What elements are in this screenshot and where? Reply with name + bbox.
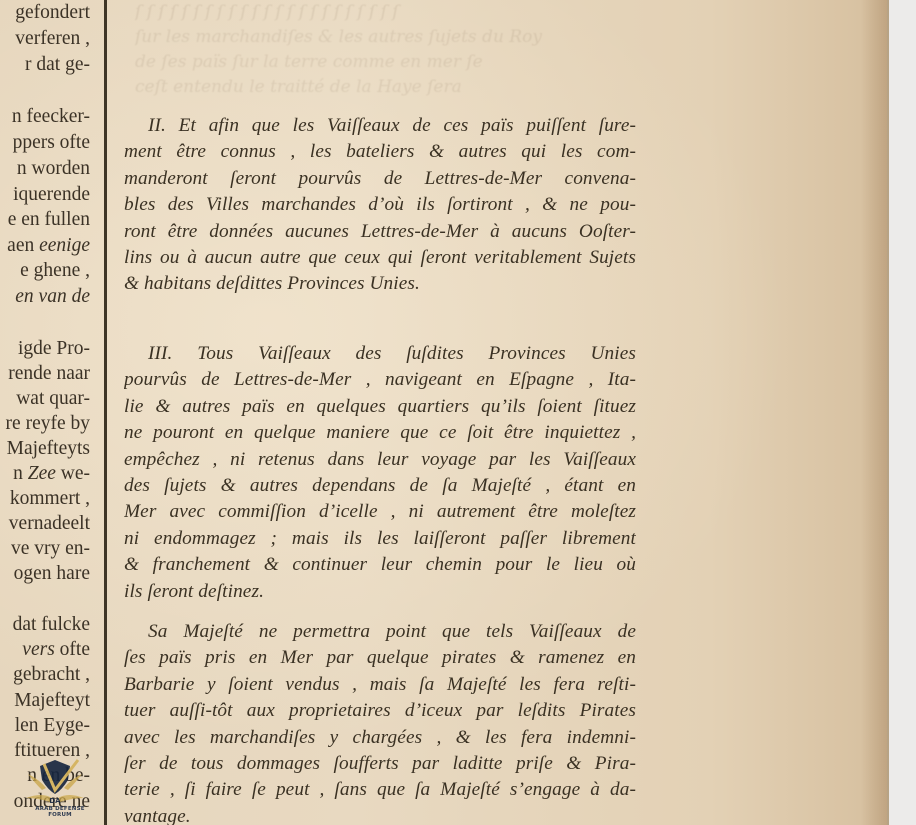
article-line: lins ou à aucun autre que ceux qui ſeron… — [124, 245, 636, 271]
article-line: terie , ſi faire ſe peut , ſans que ſa M… — [124, 777, 636, 803]
left-column-line: n feecker- — [12, 104, 90, 129]
article-line: ſer de tous dommages ſoufferts par ladit… — [124, 751, 636, 777]
article-line: avec les marchandiſes y chargées , & les… — [124, 725, 636, 751]
article-line: & franchement & continuer leur chemin po… — [124, 552, 636, 578]
article-line: vantage. — [124, 804, 636, 825]
article-line: des ſujets & autres dependans de ſa Maje… — [124, 473, 636, 499]
left-column-line: gebracht , — [13, 662, 90, 687]
left-column-line: e en fullen — [8, 207, 90, 232]
left-column-line: re reyfe by — [6, 411, 90, 436]
article-line: lie & autres païs en quelques quartiers … — [124, 394, 636, 420]
article-line: pourvûs de Lettres-de-Mer , navigeant en… — [124, 367, 636, 393]
article-line: Sa Majeſté ne permettra point que tels V… — [124, 619, 636, 645]
left-column-line: ogen hare — [14, 561, 90, 586]
left-column-line: r dat ge- — [25, 52, 90, 77]
article-3-continuation: Sa Majeſté ne permettra point que tels V… — [124, 619, 636, 825]
left-column-line: kommert , — [10, 486, 90, 511]
outside-margin — [889, 0, 916, 825]
article-line: ils ſeront deſtinez. — [124, 579, 636, 605]
left-column-line: aen eenige — [7, 233, 90, 258]
article-line: ni endommagez ; mais ils les laiſſeront … — [124, 526, 636, 552]
left-column-line: igde Pro- — [18, 336, 90, 361]
left-column-line: n worden — [17, 156, 90, 181]
left-column-line: verferen , — [15, 26, 90, 51]
watermark-logo: DA ARAB DEFENSE FORUM — [22, 758, 88, 816]
left-column-dutch-text: gefondertverferen ,r dat ge-n feecker-pp… — [0, 0, 90, 825]
watermark-text: ARAB DEFENSE FORUM — [30, 806, 90, 818]
article-line: bles des Villes marchandes d’où ils ſort… — [124, 192, 636, 218]
left-column-line: e ghene , — [20, 258, 90, 283]
left-column-line: ve vry en- — [11, 536, 90, 561]
page-gutter-shadow — [860, 0, 888, 825]
article-line: II. Et afin que les Vaiſſeaux de ces paï… — [124, 113, 636, 139]
bleed-line: de ſes païs ſur la terre comme en mer ſe — [135, 50, 655, 75]
bleed-through-text: ſ ſ ſ ſ ſ ſ ſ ſ ſ ſ ſ ſ ſ ſ ſ ſ ſ ſ ſ ſ … — [135, 0, 655, 100]
column-divider-rule — [104, 0, 107, 825]
left-column-line: n Zee we- — [13, 461, 90, 486]
article-line: ront être données aucunes Lettres-de-Mer… — [124, 219, 636, 245]
article-2: II. Et afin que les Vaiſſeaux de ces paï… — [124, 113, 636, 298]
article-line: ne pouront en quelque maniere que ce ſoi… — [124, 420, 636, 446]
left-column-line: en van de — [15, 284, 90, 309]
article-line: manderont ſeront pourvûs de Lettres-de-M… — [124, 166, 636, 192]
bleed-line: ſ ſ ſ ſ ſ ſ ſ ſ ſ ſ ſ ſ ſ ſ ſ ſ ſ ſ ſ ſ … — [135, 0, 655, 25]
left-column-line: gefondert — [15, 0, 90, 25]
article-line: & habitans deſdittes Provinces Unies. — [124, 271, 636, 297]
bleed-line: ceſt entendu le traitté de la Haye ſera — [135, 75, 655, 100]
svg-text:DA: DA — [49, 797, 61, 805]
left-column-line: Majefteyt — [14, 688, 90, 713]
article-3: III. Tous Vaiſſeaux des ſuſdites Provinc… — [124, 341, 636, 605]
article-line: ſes païs pris en Mer par quelque pirates… — [124, 645, 636, 671]
left-column-line: iquerende — [13, 182, 90, 207]
bleed-line: ſur les marchandiſes & les autres ſujets… — [135, 25, 655, 50]
left-column-line: vers ofte — [22, 637, 90, 662]
left-column-line: Majefteyts — [7, 436, 90, 461]
article-line: ment être connus , les bateliers & autre… — [124, 139, 636, 165]
left-column-line: vernadeelt — [9, 511, 90, 536]
article-line: Barbarie y ſoient vendus , mais ſa Majeſ… — [124, 672, 636, 698]
left-column-line: dat fulcke — [13, 612, 90, 637]
article-line: III. Tous Vaiſſeaux des ſuſdites Provinc… — [124, 341, 636, 367]
left-column-line: len Eyge- — [15, 713, 90, 738]
article-line: Mer avec commiſſion d’icelle , ni autrem… — [124, 499, 636, 525]
article-line: tuer auſſi-tôt aux proprietaires d’iceux… — [124, 698, 636, 724]
shield-wings-icon: DA — [22, 758, 88, 808]
left-column-line: ppers ofte — [13, 130, 90, 155]
left-column-line: rende naar — [8, 361, 90, 386]
article-line: empêchez , ni retenus dans leur voyage p… — [124, 447, 636, 473]
left-column-line: wat quar- — [16, 386, 90, 411]
